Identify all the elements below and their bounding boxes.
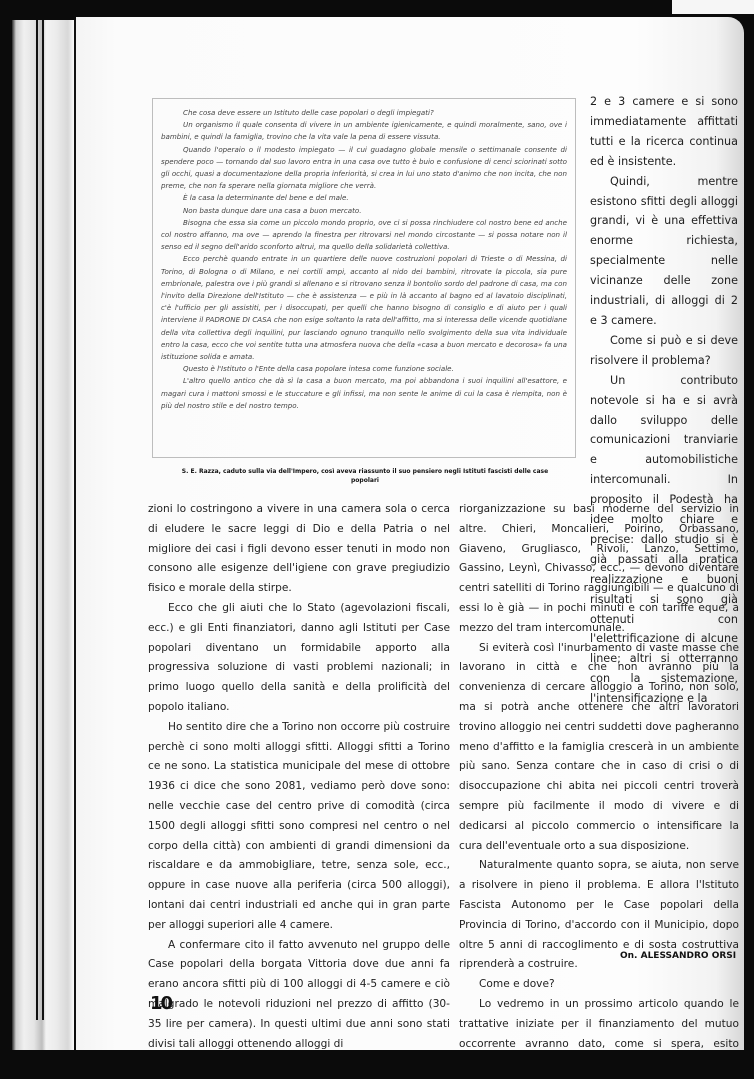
body-paragraph: Come si può e si deve risolvere il probl… bbox=[590, 331, 738, 371]
quote-paragraph: Non basta dunque dare una casa a buon me… bbox=[161, 205, 567, 217]
spine-line bbox=[42, 20, 44, 1020]
quote-paragraph: Bisogna che essa sia come un piccolo mon… bbox=[161, 217, 567, 254]
quote-box: Che cosa deve essere un Istituto delle c… bbox=[152, 98, 576, 458]
right-column-bottom: riorganizzazione su basi moderne del ser… bbox=[459, 500, 739, 1074]
body-paragraph: Come e dove? bbox=[459, 975, 739, 995]
quote-paragraph: Un organismo il quale consenta di vivere… bbox=[161, 119, 567, 143]
quote-paragraph: Che cosa deve essere un Istituto delle c… bbox=[161, 107, 567, 119]
quote-caption: S. E. Razza, caduto sulla via dell'Imper… bbox=[180, 467, 550, 485]
quote-paragraph: Quando l'operaio o il modesto impiegato … bbox=[161, 144, 567, 193]
quote-paragraph: È la casa la determinante del bene e del… bbox=[161, 192, 567, 204]
body-paragraph: Ho sentito dire che a Torino non occorre… bbox=[148, 718, 450, 936]
body-paragraph: riorganizzazione su basi moderne del ser… bbox=[459, 500, 739, 639]
page-number: 10 bbox=[150, 993, 171, 1014]
scan-border bbox=[0, 1050, 754, 1079]
left-column: zioni lo costringono a vivere in una cam… bbox=[148, 500, 450, 1054]
next-page-edge bbox=[672, 0, 754, 14]
body-paragraph: Ecco che gli aiuti che lo Stato (agevola… bbox=[148, 599, 450, 718]
body-paragraph: A confermare cito il fatto avvenuto nel … bbox=[148, 936, 450, 1055]
author-signature: On. ALESSANDRO ORSI bbox=[620, 951, 736, 961]
quote-paragraph: L'altro quello antico che dà sì la casa … bbox=[161, 375, 567, 412]
body-paragraph: 2 e 3 camere e si sono immediatamente af… bbox=[590, 92, 738, 172]
body-paragraph: Quindi, mentre esistono sfitti degli all… bbox=[590, 172, 738, 331]
spine-line bbox=[36, 20, 38, 1020]
quote-paragraph: Ecco perchè quando entrate in un quartie… bbox=[161, 253, 567, 363]
body-paragraph: zioni lo costringono a vivere in una cam… bbox=[148, 500, 450, 599]
body-paragraph: Si eviterà così l'inurbamento di vaste m… bbox=[459, 639, 739, 857]
quote-paragraph: Questo è l'Istituto o l'Ente della casa … bbox=[161, 363, 567, 375]
